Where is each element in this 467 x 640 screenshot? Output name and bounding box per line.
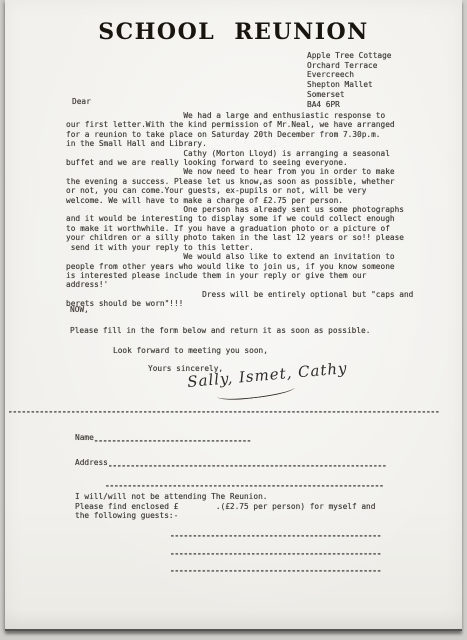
- sender-address: Apple Tree Cottage Orchard Terrace Everc…: [307, 51, 392, 109]
- address-field-row: Address---------------------------------…: [75, 450, 387, 469]
- letter-paper: SCHOOL REUNION Apple Tree Cottage Orchar…: [5, 0, 462, 631]
- name-label: Name: [75, 433, 94, 442]
- fill-in-instruction: Please fill in the form below and return…: [70, 326, 370, 335]
- form-separator-line: ----------------------------------------…: [8, 407, 439, 416]
- guest-blank-line-1: ----------------------------------------…: [170, 531, 381, 540]
- look-forward-line: Look forward to meeting you soon,: [113, 346, 268, 355]
- name-blank-line: -----------------------------------: [94, 436, 251, 445]
- page-title: SCHOOL REUNION: [5, 19, 462, 45]
- guest-blank-line-3: ----------------------------------------…: [170, 566, 381, 575]
- address-field-row-2: ----------------------------------------…: [105, 473, 384, 492]
- letter-body: We had a large and enthusiastic response…: [66, 111, 413, 309]
- address-blank-line-1: ----------------------------------------…: [108, 461, 387, 470]
- name-field-row: Name-----------------------------------: [75, 425, 251, 444]
- guest-blank-line-2: ----------------------------------------…: [170, 549, 381, 558]
- scanned-letter-page: { "colors": { "paper": "#f1f0ec", "ink":…: [0, 0, 467, 640]
- attendance-text: I will/will not be attending The Reunion…: [75, 492, 375, 521]
- salutation: Dear: [72, 97, 91, 106]
- address-label: Address: [75, 458, 108, 467]
- address-blank-line-2: ----------------------------------------…: [105, 481, 384, 490]
- now-line: NOW,: [70, 305, 89, 314]
